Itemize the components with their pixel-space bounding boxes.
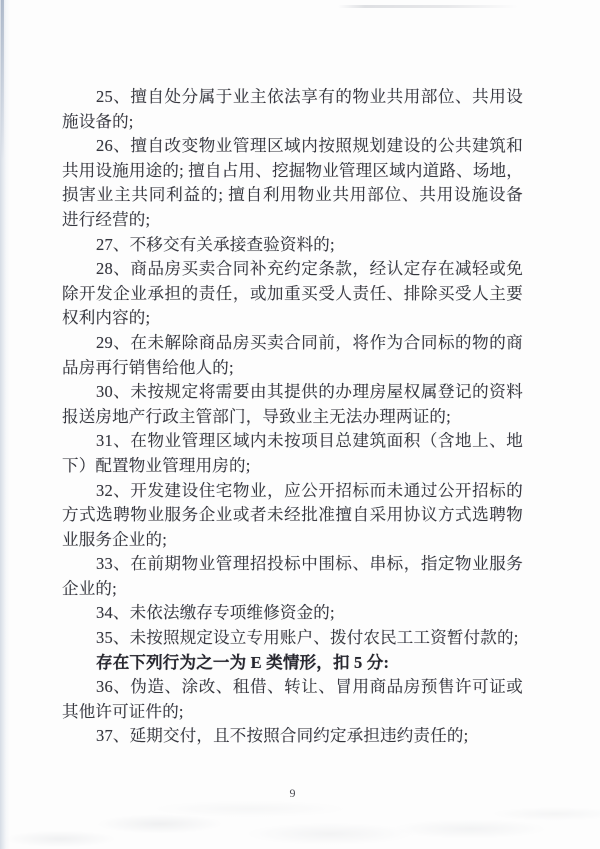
text-line: 30、未按规定将需要由其提供的办理房屋权属登记的资料 [62, 380, 523, 405]
text-line: 存在下列行为之一为 E 类情形，扣 5 分: [62, 651, 523, 676]
text-line: 共用设施用途的; 擅自占用、挖掘物业管理区域内道路、场地， [62, 159, 523, 184]
list-item-33: 33、在前期物业管理招投标中围标、串标，指定物业服务企业的; [62, 552, 523, 601]
list-item-26: 26、擅自改变物业管理区域内按照规划建设的公共建筑和共用设施用途的; 擅自占用、… [62, 134, 523, 232]
text-line: 32、开发建设住宅物业，应公开招标而未通过公开招标的 [62, 479, 523, 504]
text-line: 除开发企业承担的责任，或加重买受人责任、排除买受人主要 [62, 282, 523, 307]
text-line: 损害业主共同利益的; 擅自利用物业共用部位、共用设施设备 [62, 183, 523, 208]
list-item-30: 30、未按规定将需要由其提供的办理房屋权属登记的资料报送房地产行政主管部门，导致… [62, 380, 523, 429]
text-line: 25、擅自处分属于业主依法享有的物业共用部位、共用设 [62, 85, 523, 110]
list-item-29: 29、在未解除商品房买卖合同前，将作为合同标的物的商品房再行销售给他人的; [62, 331, 523, 380]
text-line: 进行经营的; [62, 208, 523, 233]
text-line: 业服务企业的; [62, 528, 523, 553]
section-heading-e: 存在下列行为之一为 E 类情形，扣 5 分: [62, 651, 523, 676]
scan-streak-artifact [338, 5, 518, 8]
text-line: 31、在物业管理区域内未按项目总建筑面积（含地上、地 [62, 429, 523, 454]
list-item-25: 25、擅自处分属于业主依法享有的物业共用部位、共用设施设备的; [62, 85, 523, 134]
list-item-37: 37、延期交付，且不按照合同约定承担违约责任的; [62, 724, 523, 749]
list-item-31: 31、在物业管理区域内未按项目总建筑面积（含地上、地下）配置物业管理用房的; [62, 429, 523, 478]
text-line: 权利内容的; [62, 306, 523, 331]
text-line: 26、擅自改变物业管理区域内按照规划建设的公共建筑和 [62, 134, 523, 159]
text-line: 33、在前期物业管理招投标中围标、串标，指定物业服务 [62, 552, 523, 577]
text-line: 报送房地产行政主管部门，导致业主无法办理两证的; [62, 405, 523, 430]
page-number: 9 [62, 786, 523, 801]
text-line: 27、不移交有关承接查验资料的; [62, 233, 523, 258]
text-line: 34、未依法缴存专项维修资金的; [62, 601, 523, 626]
text-line: 品房再行销售给他人的; [62, 356, 523, 381]
list-item-36: 36、伪造、涂改、租借、转让、冒用商品房预售许可证或其他许可证件的; [62, 675, 523, 724]
list-item-27: 27、不移交有关承接查验资料的; [62, 233, 523, 258]
text-line: 施设备的; [62, 110, 523, 135]
scan-noise-artifact [0, 794, 600, 849]
list-item-35: 35、未按照规定设立专用账户、拨付农民工工资暂付款的; [62, 626, 523, 651]
scanned-document-page: 25、擅自处分属于业主依法享有的物业共用部位、共用设施设备的;26、擅自改变物业… [0, 0, 600, 849]
list-item-34: 34、未依法缴存专项维修资金的; [62, 601, 523, 626]
list-item-32: 32、开发建设住宅物业，应公开招标而未通过公开招标的方式选聘物业服务企业或者未经… [62, 479, 523, 553]
text-line: 37、延期交付，且不按照合同约定承担违约责任的; [62, 724, 523, 749]
text-line: 企业的; [62, 577, 523, 602]
text-line: 下）配置物业管理用房的; [62, 454, 523, 479]
text-line: 29、在未解除商品房买卖合同前，将作为合同标的物的商 [62, 331, 523, 356]
document-body: 25、擅自处分属于业主依法享有的物业共用部位、共用设施设备的;26、擅自改变物业… [62, 85, 523, 749]
scan-edge-artifact [0, 0, 10, 849]
text-line: 28、商品房买卖合同补充约定条款，经认定存在减轻或免 [62, 257, 523, 282]
text-line: 方式选聘物业服务企业或者未经批准擅自采用协议方式选聘物 [62, 503, 523, 528]
text-line: 其他许可证件的; [62, 700, 523, 725]
text-line: 35、未按照规定设立专用账户、拨付农民工工资暂付款的; [62, 626, 523, 651]
list-item-28: 28、商品房买卖合同补充约定条款，经认定存在减轻或免除开发企业承担的责任，或加重… [62, 257, 523, 331]
text-line: 36、伪造、涂改、租借、转让、冒用商品房预售许可证或 [62, 675, 523, 700]
